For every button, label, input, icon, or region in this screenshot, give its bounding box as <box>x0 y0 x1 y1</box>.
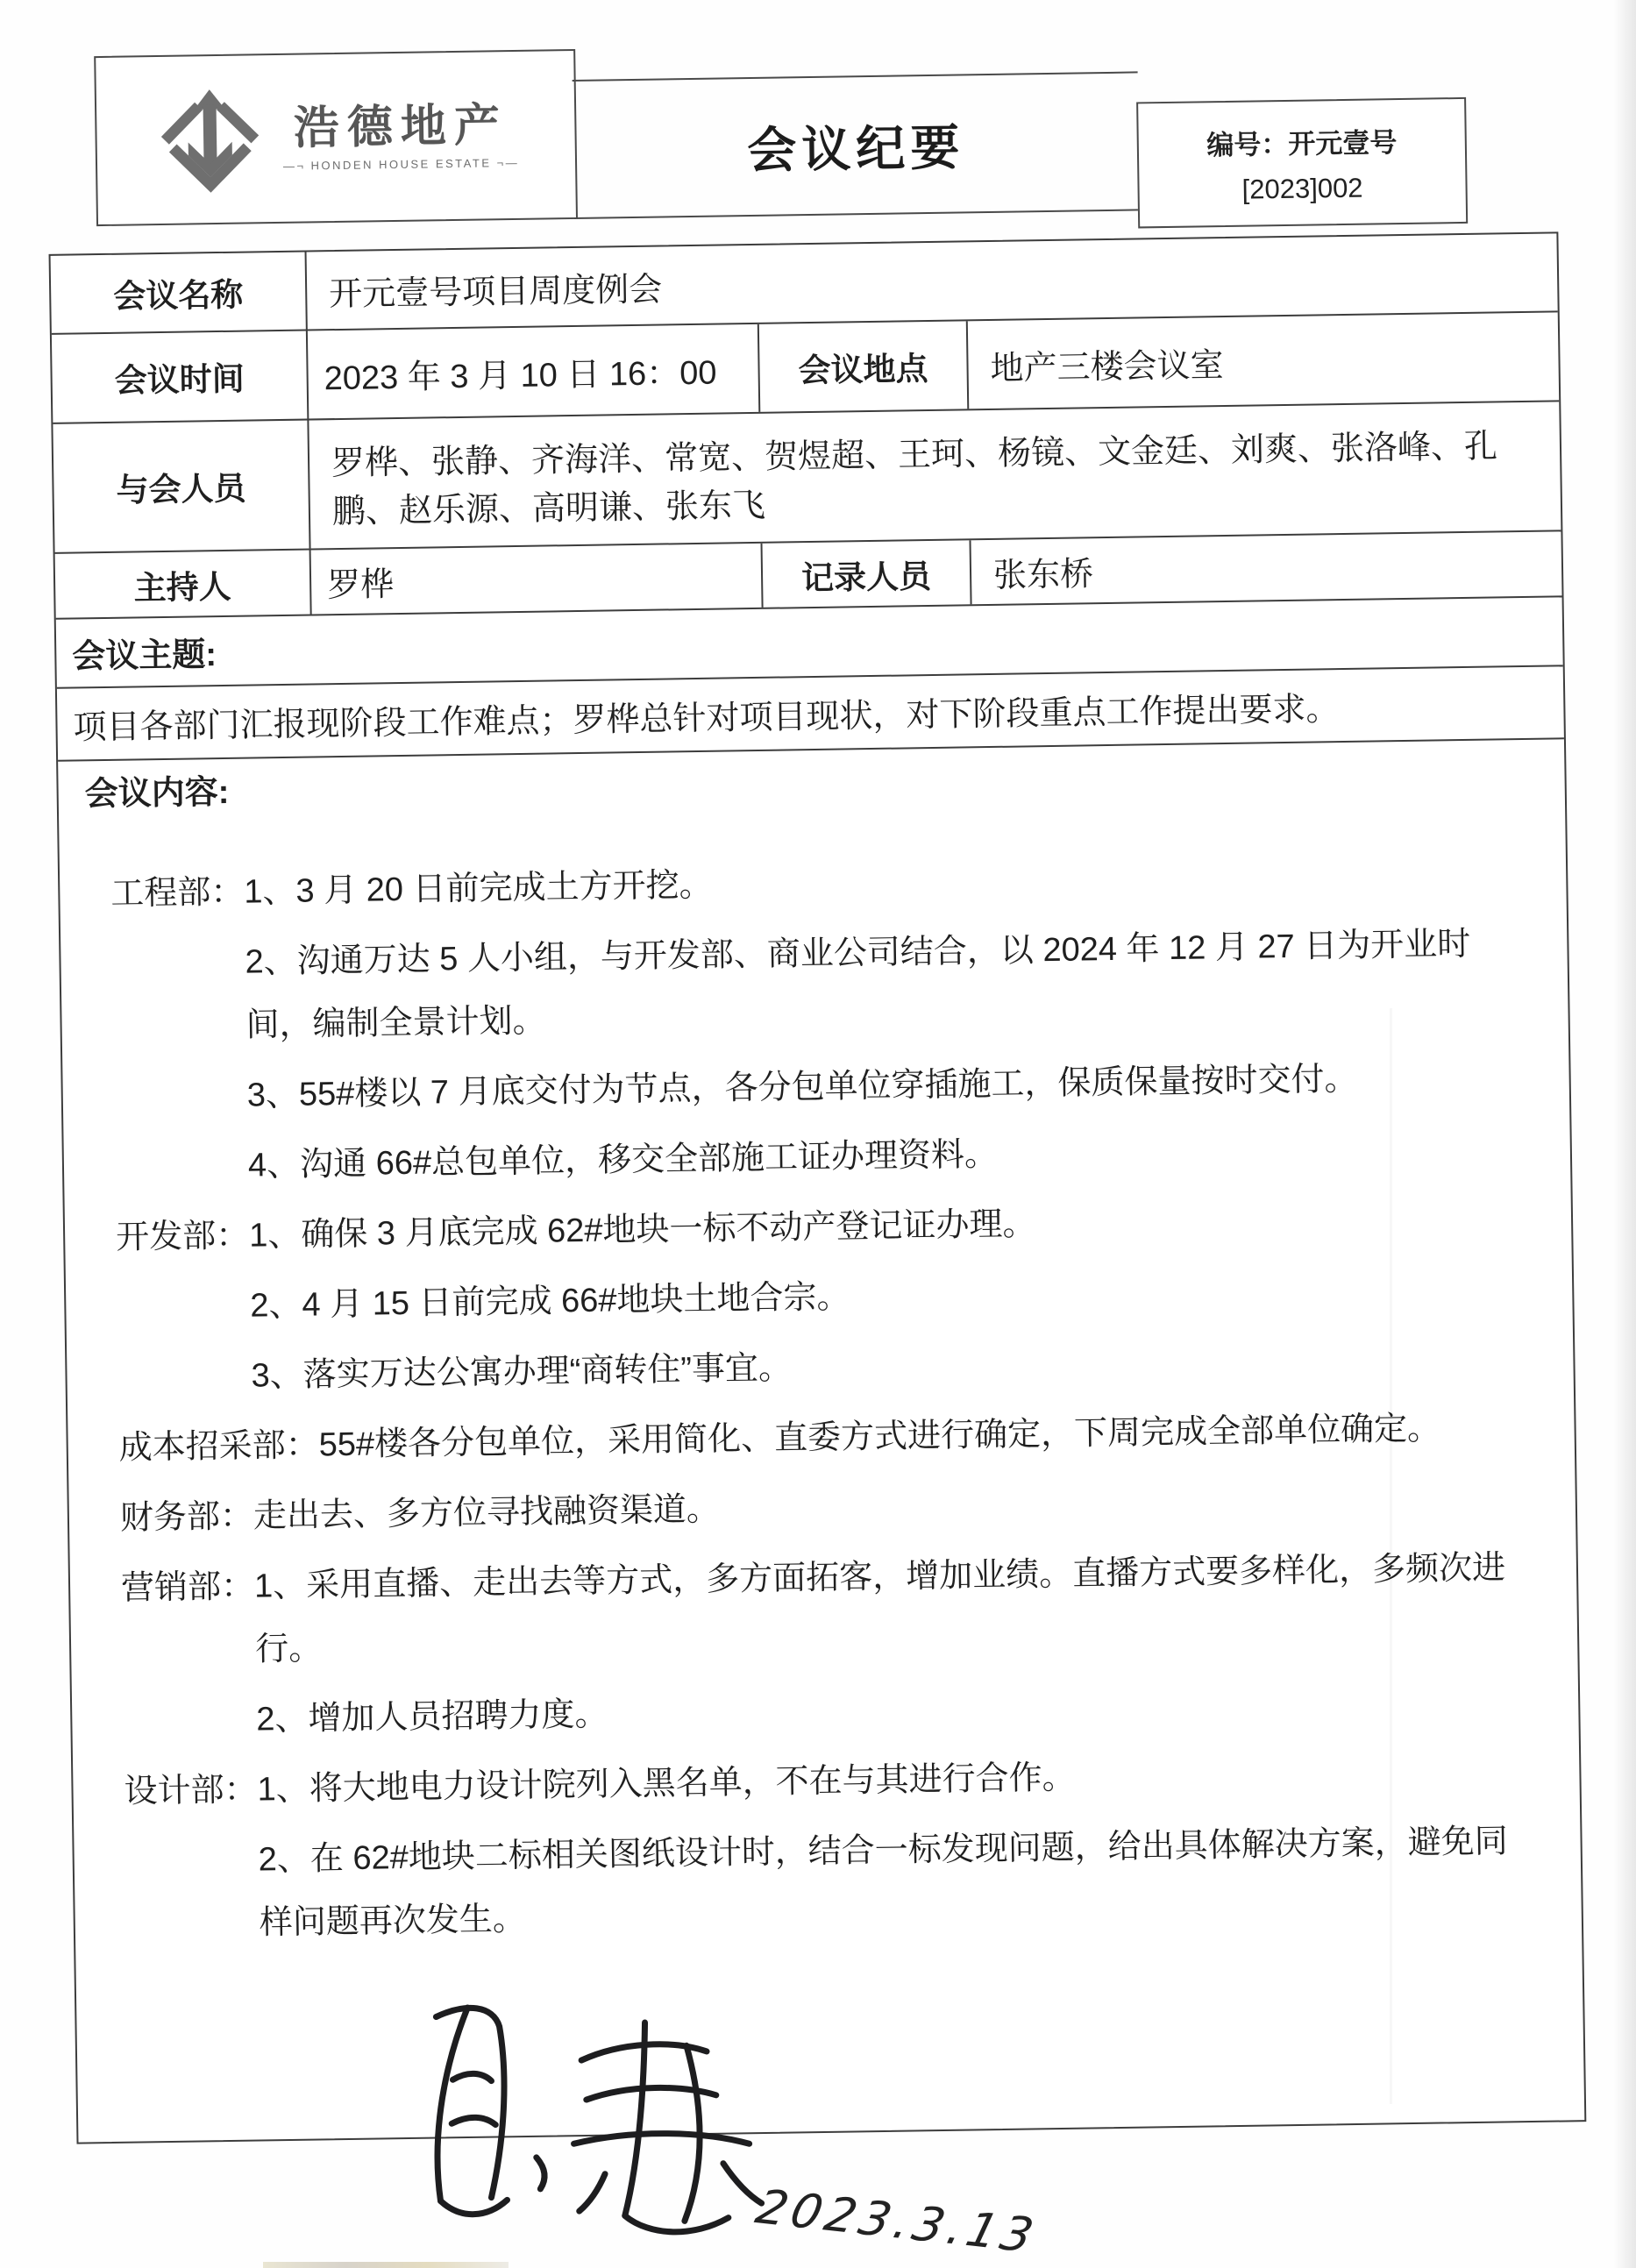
section-design: 设计部： 1、将大地电力设计院列入黑名单，不在与其进行合作。 2、在 62#地块… <box>124 1739 1527 1957</box>
approval-signature: 2023.3.13 <box>383 1992 1071 2265</box>
meeting-content-label: 会议内容: <box>84 750 1539 818</box>
dept-name: 营销部： <box>121 1555 256 1683</box>
meeting-time-value: 2023 年 3 月 10 日 16：00 <box>308 324 758 419</box>
document-title-cell: 会议纪要 <box>573 71 1140 219</box>
row-content: 会议内容: 工程部： 1、3 月 20 日前完成土方开挖。 2、沟通万达 5 人… <box>58 739 1584 2142</box>
dept-item: 3、落实万达公寓办理“商转住”事宜。 <box>251 1326 1519 1407</box>
dept-name: 设计部： <box>124 1759 258 1824</box>
attendees-label: 与会人员 <box>53 421 310 552</box>
meeting-place-value: 地产三楼会议室 <box>968 312 1559 409</box>
section-engineering: 工程部： 1、3 月 20 日前完成土方开挖。 2、沟通万达 5 人小组，与开发… <box>110 842 1517 1199</box>
section-marketing: 营销部： 1、采用直播、走出去等方式，多方面拓客，增加业绩。直播方式要多样化，多… <box>121 1536 1525 1753</box>
meeting-info-table: 会议名称 开元壹号项目周度例会 会议时间 2023 年 3 月 10 日 16：… <box>49 231 1587 2144</box>
document-number-value: [2023]002 <box>1241 172 1362 205</box>
dept-item: 2、在 62#地块二标相关图纸设计时，结合一标发现问题，给出具体解决方案，避免同… <box>258 1809 1527 1954</box>
row-attendees: 与会人员 罗桦、张静、齐海洋、常宽、贺煜超、王珂、杨镜、文金廷、刘爽、张洛峰、孔… <box>53 402 1561 553</box>
dept-item: 55#楼各分包单位，采用简化、直委方式进行确定，下周完成全部单位确定。 <box>318 1396 1520 1476</box>
dept-item: 2、沟通万达 5 人小组，与开发部、商业公司结合，以 2024 年 12 月 2… <box>245 912 1514 1056</box>
dept-item: 1、确保 3 月底完成 62#地块一标不动产登记证办理。 <box>249 1185 1518 1267</box>
section-finance: 财务部： 走出去、多方位寻找融资渠道。 <box>119 1466 1521 1550</box>
meeting-content-body: 工程部： 1、3 月 20 日前完成土方开挖。 2、沟通万达 5 人小组，与开发… <box>86 842 1555 1957</box>
company-logo-box: 浩德地产 —¬ HONDEN HOUSE ESTATE ¬— <box>94 49 578 226</box>
meeting-name-label: 会议名称 <box>51 252 308 333</box>
dept-item: 1、3 月 20 日前完成土方开挖。 <box>244 842 1512 923</box>
host-label: 主持人 <box>55 550 312 617</box>
dept-item: 3、55#楼以 7 月底交付为节点，各分包单位穿插施工，保质保量按时交付。 <box>246 1045 1515 1127</box>
dept-item: 2、增加人员招聘力度。 <box>256 1669 1525 1751</box>
attendees-value: 罗桦、张静、齐海洋、常宽、贺煜超、王珂、杨镜、文金廷、刘爽、张洛峰、孔鹏、赵乐源… <box>309 402 1561 548</box>
company-name-en: —¬ HONDEN HOUSE ESTATE ¬— <box>283 156 520 173</box>
dept-item: 1、采用直播、走出去等方式，多方面拓客，增加业绩。直播方式要多样化，多频次进行。 <box>254 1536 1524 1681</box>
meeting-content-cell: 会议内容: 工程部： 1、3 月 20 日前完成土方开挖。 2、沟通万达 5 人… <box>58 739 1584 2142</box>
company-name-cn: 浩德地产 <box>294 101 509 154</box>
recorder-label: 记录人员 <box>761 540 972 608</box>
scanned-meeting-minutes-page: 浩德地产 —¬ HONDEN HOUSE ESTATE ¬— 会议纪要 编号：开… <box>0 0 1636 2268</box>
host-value: 罗桦 <box>311 544 762 615</box>
dept-item: 走出去、多方位寻找融资渠道。 <box>253 1466 1521 1547</box>
signature-date: 2023.3.13 <box>750 2179 1042 2264</box>
dept-name: 成本招采部： <box>118 1413 319 1479</box>
company-logo-text: 浩德地产 —¬ HONDEN HOUSE ESTATE ¬— <box>282 101 519 173</box>
section-cost-procurement: 成本招采部： 55#楼各分包单位，采用简化、直委方式进行确定，下周完成全部单位确… <box>118 1396 1520 1480</box>
document-header: 浩德地产 —¬ HONDEN HOUSE ESTATE ¬— 会议纪要 编号：开… <box>32 34 1565 254</box>
scanner-streak-artifact <box>1390 1008 1392 2104</box>
meeting-place-label: 会议地点 <box>758 321 969 412</box>
dept-item: 4、沟通 66#总包单位，移交全部施工证办理资料。 <box>247 1115 1516 1197</box>
recorder-value: 张东桥 <box>971 531 1561 604</box>
meeting-time-label: 会议时间 <box>52 331 309 423</box>
dept-item: 1、将大地电力设计院列入黑名单，不在与其进行合作。 <box>257 1739 1526 1821</box>
dept-name: 工程部： <box>110 861 245 926</box>
dept-name: 财务部： <box>119 1485 253 1550</box>
dept-item: 2、4 月 15 日前完成 66#地块土地合宗。 <box>250 1255 1519 1337</box>
document-body: 浩德地产 —¬ HONDEN HOUSE ESTATE ¬— 会议纪要 编号：开… <box>32 34 1565 254</box>
document-number-label: 编号：开元壹号 <box>1206 120 1398 162</box>
section-development: 开发部： 1、确保 3 月底完成 62#地块一标不动产登记证办理。 2、4 月 … <box>116 1185 1519 1410</box>
scan-right-edge-shadow <box>1613 0 1636 2268</box>
company-logo-icon <box>153 84 268 196</box>
scan-bottom-smudge <box>263 2262 509 2268</box>
document-number-box: 编号：开元壹号 [2023]002 <box>1136 97 1468 229</box>
dept-name: 开发部： <box>116 1205 250 1269</box>
document-title: 会议纪要 <box>747 109 965 182</box>
